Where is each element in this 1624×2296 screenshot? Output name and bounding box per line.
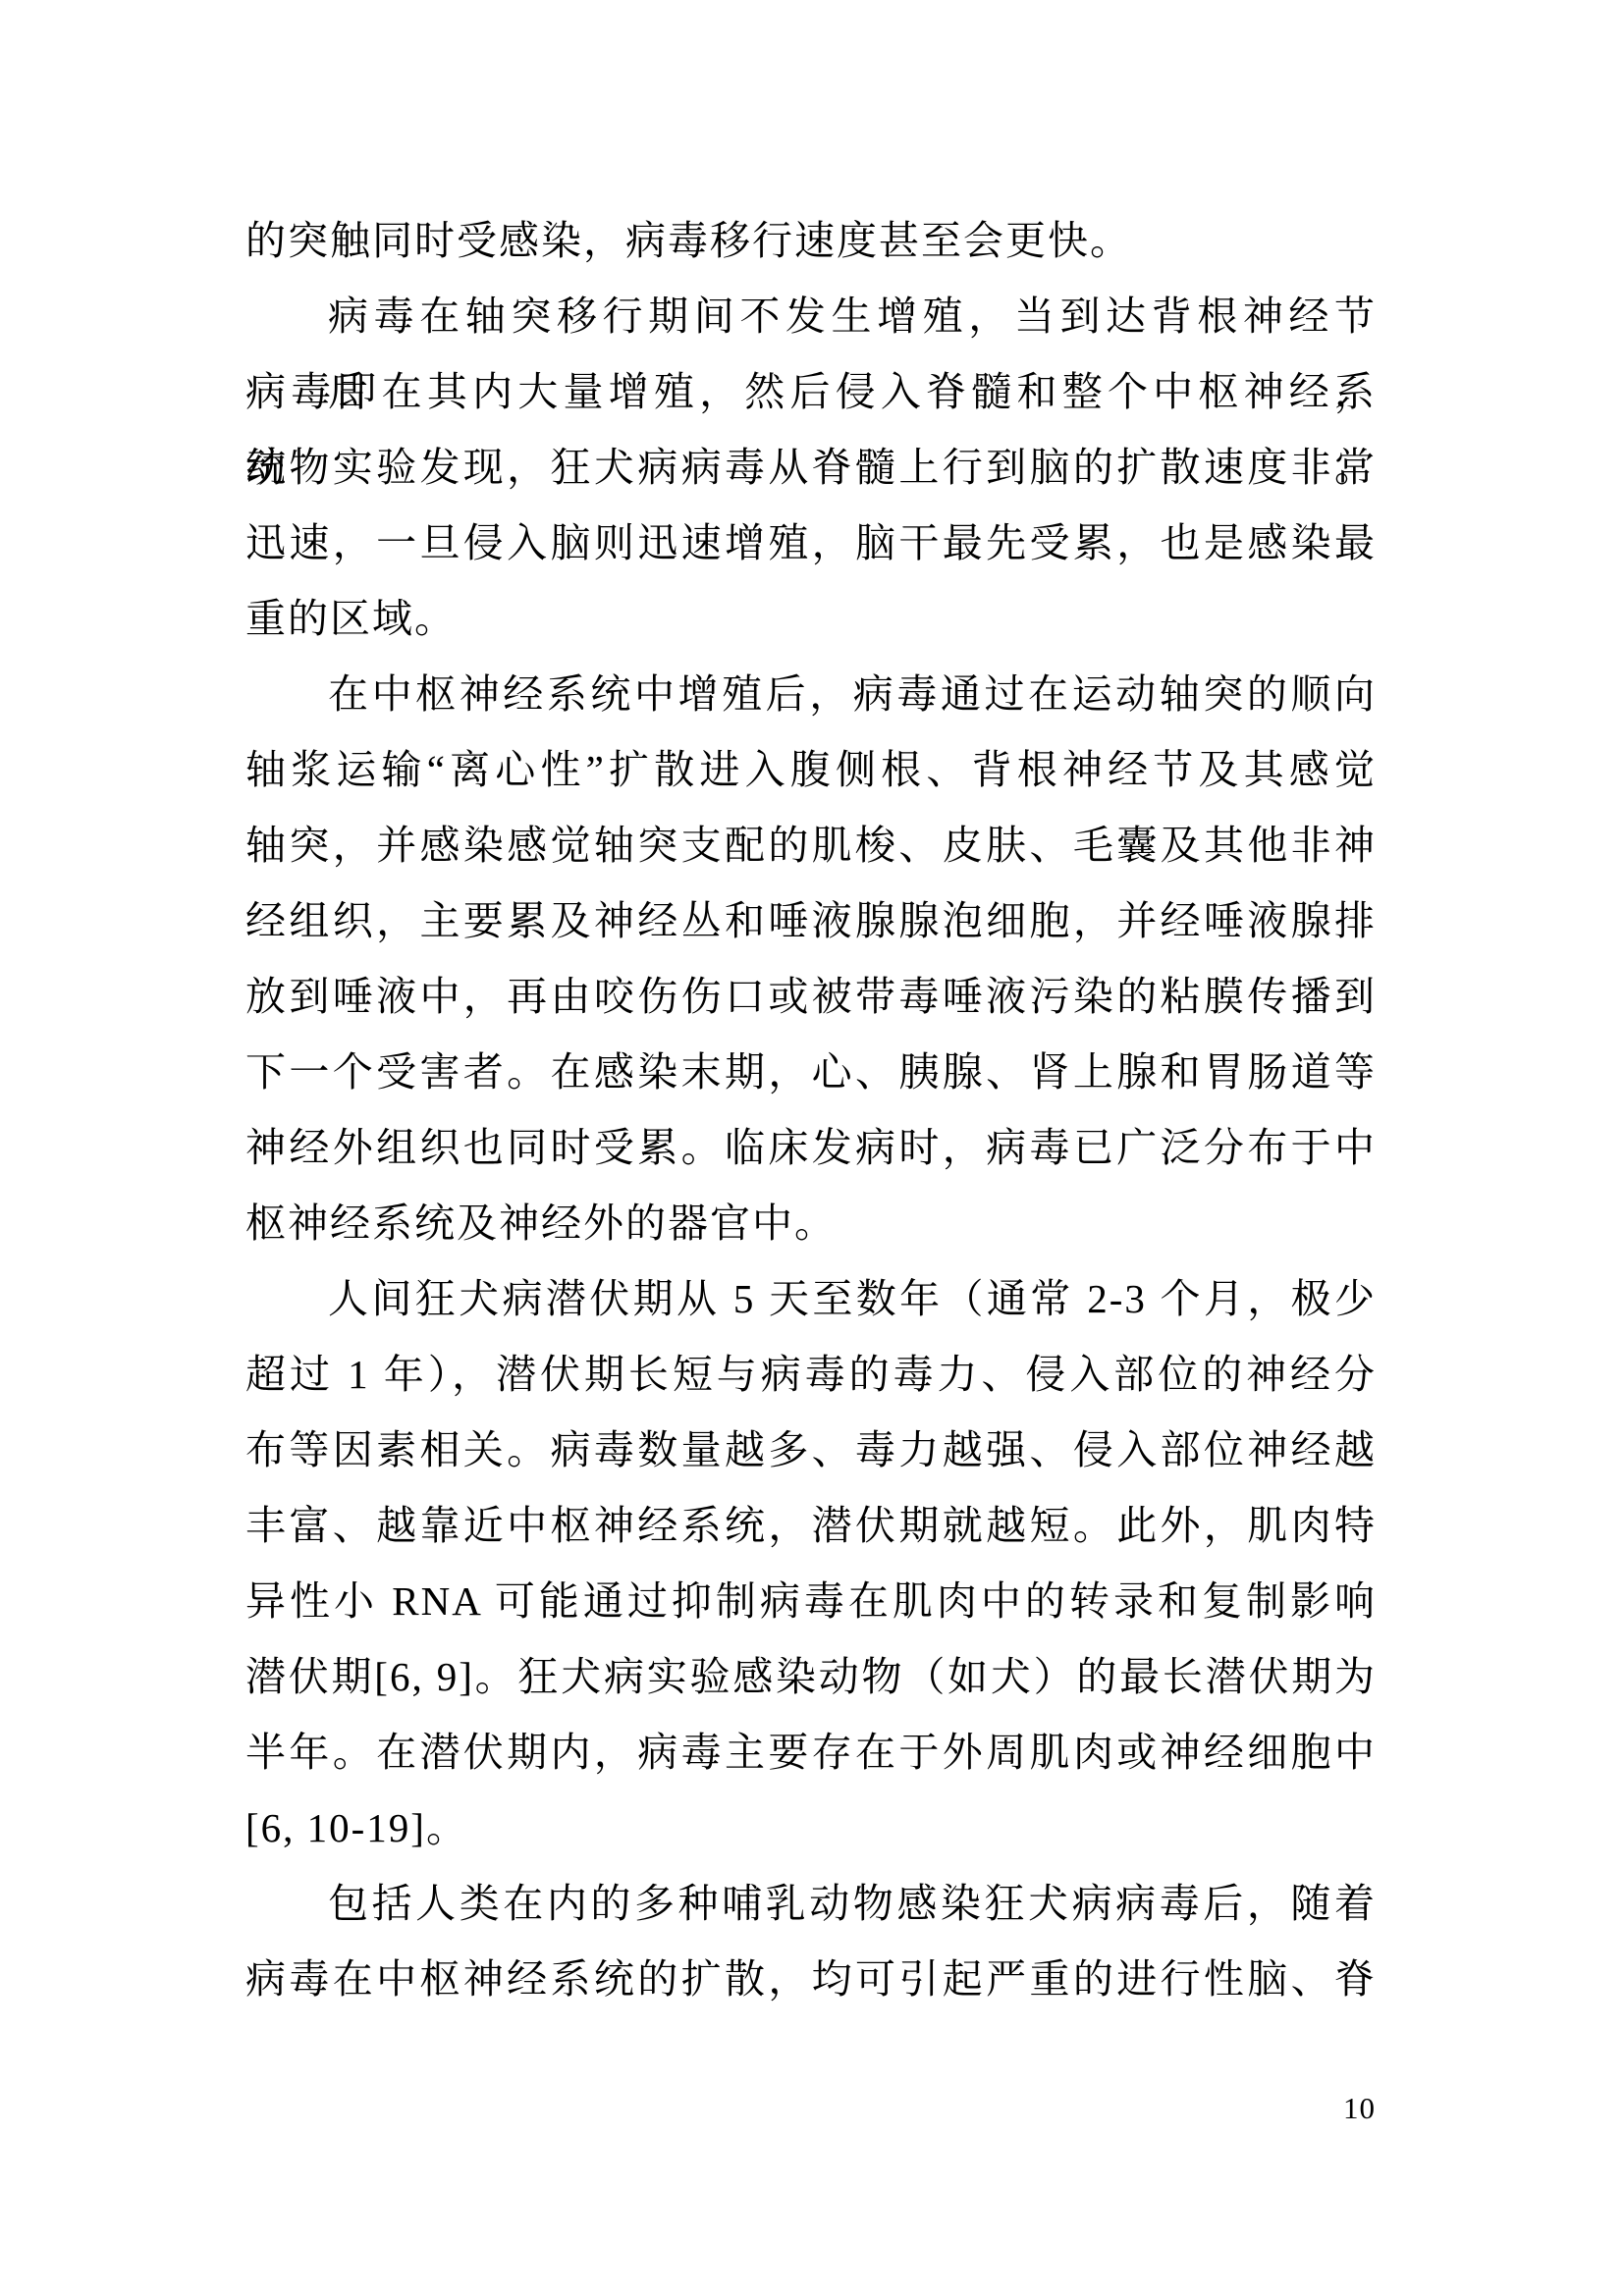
text-line: 包括人类在内的多种哺乳动物感染狂犬病病毒后，随着 bbox=[245, 1866, 1377, 1942]
text-line: 病毒在中枢神经系统的扩散，均可引起严重的进行性脑、脊 bbox=[245, 1942, 1377, 2017]
text-line: 异性小 RNA 可能通过抑制病毒在肌肉中的转录和复制影响 bbox=[245, 1564, 1377, 1639]
document-page: 的突触同时受感染，病毒移行速度甚至会更快。病毒在轴突移行期间不发生增殖，当到达背… bbox=[0, 0, 1624, 2296]
text-line: 轴突，并感染感觉轴突支配的肌梭、皮肤、毛囊及其他非神 bbox=[245, 808, 1377, 883]
text-line: [6, 10-19]。 bbox=[245, 1790, 1377, 1866]
text-line: 动物实验发现，狂犬病病毒从脊髓上行到脑的扩散速度非常 bbox=[245, 430, 1377, 506]
text-line: 放到唾液中，再由咬伤伤口或被带毒唾液污染的粘膜传播到 bbox=[245, 959, 1377, 1035]
text-line: 丰富、越靠近中枢神经系统，潜伏期就越短。此外，肌肉特 bbox=[245, 1488, 1377, 1564]
text-line: 半年。在潜伏期内，病毒主要存在于外周肌肉或神经细胞中 bbox=[245, 1715, 1377, 1790]
text-line: 潜伏期[6, 9]。狂犬病实验感染动物（如犬）的最长潜伏期为 bbox=[245, 1639, 1377, 1715]
text-line: 轴浆运输“离心性”扩散进入腹侧根、背根神经节及其感觉 bbox=[245, 732, 1377, 808]
text-line: 经组织，主要累及神经丛和唾液腺腺泡细胞，并经唾液腺排 bbox=[245, 883, 1377, 959]
text-line: 枢神经系统及神经外的器官中。 bbox=[245, 1186, 1377, 1261]
text-line: 超过 1 年），潜伏期长短与病毒的毒力、侵入部位的神经分 bbox=[245, 1337, 1377, 1413]
text-line: 迅速，一旦侵入脑则迅速增殖，脑干最先受累，也是感染最 bbox=[245, 506, 1377, 581]
text-line: 病毒在轴突移行期间不发生增殖，当到达背根神经节后， bbox=[245, 279, 1377, 354]
text-line: 人间狂犬病潜伏期从 5 天至数年（通常 2-3 个月，极少 bbox=[245, 1261, 1377, 1337]
text-line: 在中枢神经系统中增殖后，病毒通过在运动轴突的顺向 bbox=[245, 657, 1377, 732]
text-line: 布等因素相关。病毒数量越多、毒力越强、侵入部位神经越 bbox=[245, 1413, 1377, 1488]
body-text: 的突触同时受感染，病毒移行速度甚至会更快。病毒在轴突移行期间不发生增殖，当到达背… bbox=[245, 203, 1377, 2017]
text-line: 病毒即在其内大量增殖，然后侵入脊髓和整个中枢神经系统。 bbox=[245, 354, 1377, 430]
page-number: 10 bbox=[1343, 2089, 1376, 2128]
text-line: 下一个受害者。在感染末期，心、胰腺、肾上腺和胃肠道等 bbox=[245, 1035, 1377, 1110]
text-line: 神经外组织也同时受累。临床发病时，病毒已广泛分布于中 bbox=[245, 1110, 1377, 1186]
text-line: 的突触同时受感染，病毒移行速度甚至会更快。 bbox=[245, 203, 1377, 279]
text-line: 重的区域。 bbox=[245, 581, 1377, 657]
